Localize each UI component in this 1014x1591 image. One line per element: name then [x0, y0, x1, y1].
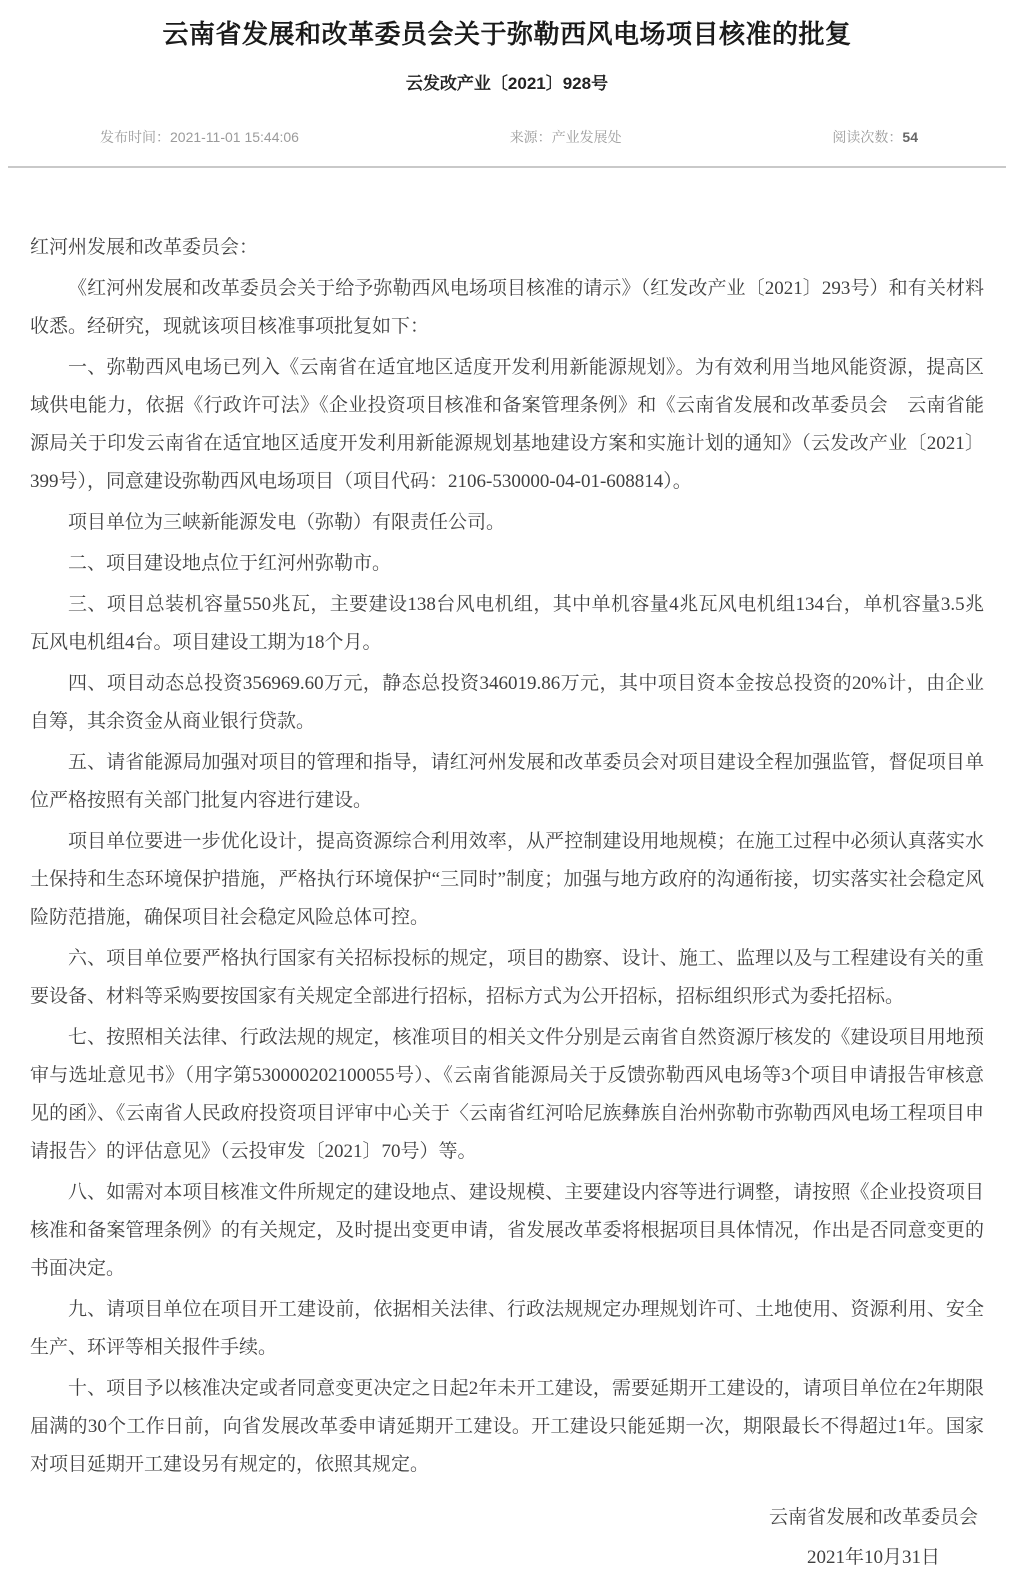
body-paragraph: 《红河州发展和改革委员会关于给予弥勒西风电场项目核准的请示》（红发改产业〔202… [30, 270, 984, 346]
document-header: 云南省发展和改革委员会关于弥勒西风电场项目核准的批复 云发改产业〔2021〕92… [0, 0, 1014, 168]
publish-time-value: 2021-11-01 15:44:06 [170, 129, 299, 145]
body-paragraph: 项目单位为三峡新能源发电（弥勒）有限责任公司。 [30, 504, 984, 542]
publish-time-label: 发布时间： [100, 129, 170, 145]
body-paragraph: 四、项目动态总投资356969.60万元，静态总投资346019.86万元，其中… [30, 665, 984, 741]
body-paragraph: 一、弥勒西风电场已列入《云南省在适宜地区适度开发利用新能源规划》。为有效利用当地… [30, 349, 984, 501]
document-page: 云南省发展和改革委员会关于弥勒西风电场项目核准的批复 云发改产业〔2021〕92… [0, 0, 1014, 1591]
read-count-label: 阅读次数： [832, 129, 902, 145]
body-paragraph: 十、项目予以核准决定或者同意变更决定之日起2年未开工建设，需要延期开工建设的，请… [30, 1370, 984, 1484]
meta-bar: 发布时间：2021-11-01 15:44:06 来源：产业发展处 阅读次数：5… [0, 127, 1014, 147]
document-body: 红河州发展和改革委员会： 《红河州发展和改革委员会关于给予弥勒西风电场项目核准的… [0, 168, 1014, 1578]
read-count: 阅读次数：54 [832, 127, 918, 147]
source: 来源：产业发展处 [510, 127, 622, 147]
signature-date: 2021年10月31日 [769, 1538, 978, 1578]
document-number: 云发改产业〔2021〕928号 [0, 69, 1014, 94]
body-paragraph: 项目单位要进一步优化设计，提高资源综合利用效率，从严控制建设用地规模；在施工过程… [30, 823, 984, 937]
signature-block: 云南省发展和改革委员会 2021年10月31日 [30, 1498, 984, 1578]
body-paragraph: 六、项目单位要严格执行国家有关招标投标的规定，项目的勘察、设计、施工、监理以及与… [30, 940, 984, 1016]
page-title: 云南省发展和改革委员会关于弥勒西风电场项目核准的批复 [40, 18, 974, 50]
body-paragraph: 八、如需对本项目核准文件所规定的建设地点、建设规模、主要建设内容等进行调整，请按… [30, 1174, 984, 1288]
body-paragraph: 五、请省能源局加强对项目的管理和指导，请红河州发展和改革委员会对项目建设全程加强… [30, 744, 984, 820]
body-paragraph: 二、项目建设地点位于红河州弥勒市。 [30, 545, 984, 583]
body-paragraph: 九、请项目单位在项目开工建设前，依据相关法律、行政法规规定办理规划许可、土地使用… [30, 1291, 984, 1367]
signature-inner: 云南省发展和改革委员会 2021年10月31日 [769, 1498, 978, 1578]
source-value: 产业发展处 [552, 129, 622, 145]
publish-time: 发布时间：2021-11-01 15:44:06 [100, 127, 299, 147]
source-label: 来源： [510, 129, 552, 145]
body-paragraph-salutation: 红河州发展和改革委员会： [30, 229, 984, 267]
signature-agency: 云南省发展和改革委员会 [769, 1498, 978, 1538]
body-paragraph: 三、项目总装机容量550兆瓦，主要建设138台风电机组，其中单机容量4兆瓦风电机… [30, 586, 984, 662]
body-paragraph: 七、按照相关法律、行政法规的规定，核准项目的相关文件分别是云南省自然资源厅核发的… [30, 1019, 984, 1171]
read-count-value: 54 [902, 129, 918, 145]
